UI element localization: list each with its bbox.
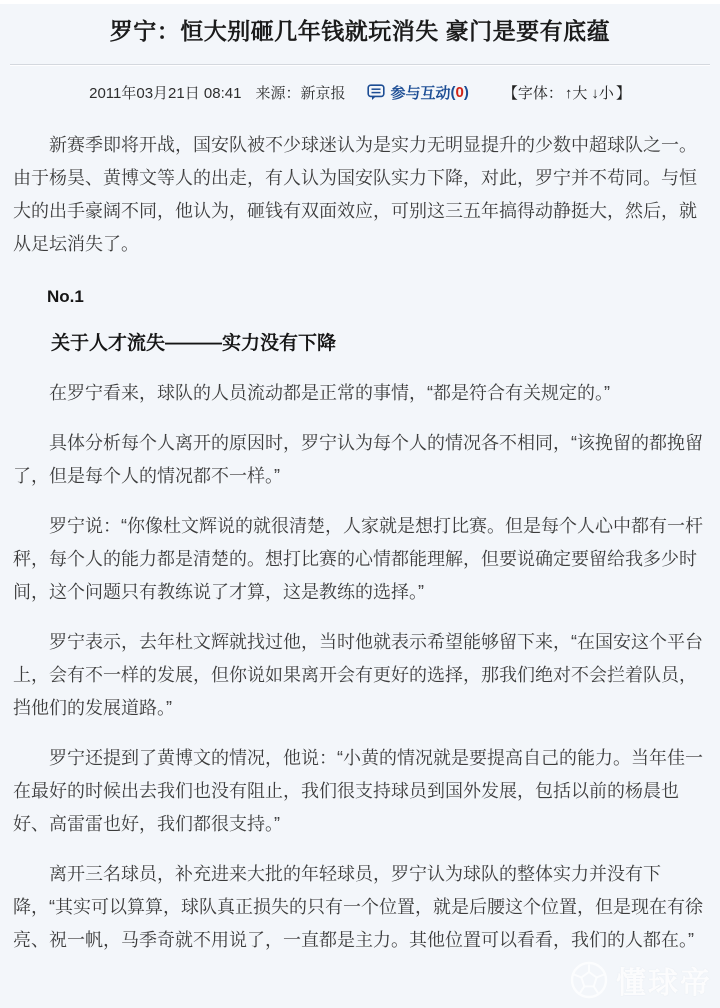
font-decrease-button[interactable]: ↓小 xyxy=(591,82,614,103)
article-paragraph: 在罗宁看来，球队的人员流动都是正常的事情，“都是符合有关规定的。” xyxy=(13,377,707,410)
publish-datetime: 2011年03月21日 08:41 xyxy=(89,82,241,103)
article-paragraph: 罗宁说：“你像杜文辉说的就很清楚，人家就是想打比赛。但是每个人心中都有一杆秤，每… xyxy=(13,510,707,609)
font-controls-suffix: 】 xyxy=(616,82,631,103)
article-paragraph: 离开三名球员，补充进来大批的年轻球员，罗宁认为球队的整体实力并没有下降，“其实可… xyxy=(13,858,707,957)
article-paragraph: 具体分析每个人离开的原因时，罗宁认为每个人的情况各不相同，“该挽留的都挽留了，但… xyxy=(13,427,707,493)
article-paragraph: 新赛季即将开战，国安队被不少球迷认为是实力无明显提升的少数中超球队之一。由于杨昊… xyxy=(13,129,707,261)
article-heading: 关于人才流失———实力没有下降 xyxy=(13,330,707,357)
font-increase-button[interactable]: ↑大 xyxy=(565,82,588,103)
interact-paren-close: ) xyxy=(464,84,469,101)
comment-bubble-icon xyxy=(367,84,385,101)
top-strip xyxy=(0,0,720,4)
page-title: 罗宁：恒大别砸几年钱就玩消失 豪门是要有底蕴 xyxy=(42,14,678,48)
font-controls-prefix: 【字体： xyxy=(503,82,563,103)
article-heading: No.1 xyxy=(13,285,707,309)
watermark: 懂球帝 xyxy=(570,958,712,1002)
font-size-controls: 【字体： ↑大 ↓小 】 xyxy=(503,82,631,103)
article-paragraph: 罗宁表示，去年杜文辉就找过他，当时他就表示希望能够留下来，“在国安这个平台上，会… xyxy=(13,626,707,725)
watermark-text: 懂球帝 xyxy=(616,958,712,1002)
interact-link[interactable]: 参与互动 ( 0 ) xyxy=(367,82,468,103)
interact-label: 参与互动 xyxy=(390,82,450,103)
article-paragraph: 罗宁还提到了黄博文的情况，他说：“小黄的情况就是要提高自己的能力。当年佳一在最好… xyxy=(13,742,707,841)
interact-count: 0 xyxy=(455,84,463,101)
title-divider xyxy=(10,64,710,65)
source-label: 来源：新京报 xyxy=(255,82,345,103)
article-meta: 2011年03月21日 08:41 来源：新京报 参与互动 ( 0 ) 【字体：… xyxy=(0,82,720,103)
soccer-ball-icon xyxy=(570,961,608,999)
article-body: 新赛季即将开战，国安队被不少球迷认为是实力无明显提升的少数中超球队之一。由于杨昊… xyxy=(0,129,720,957)
